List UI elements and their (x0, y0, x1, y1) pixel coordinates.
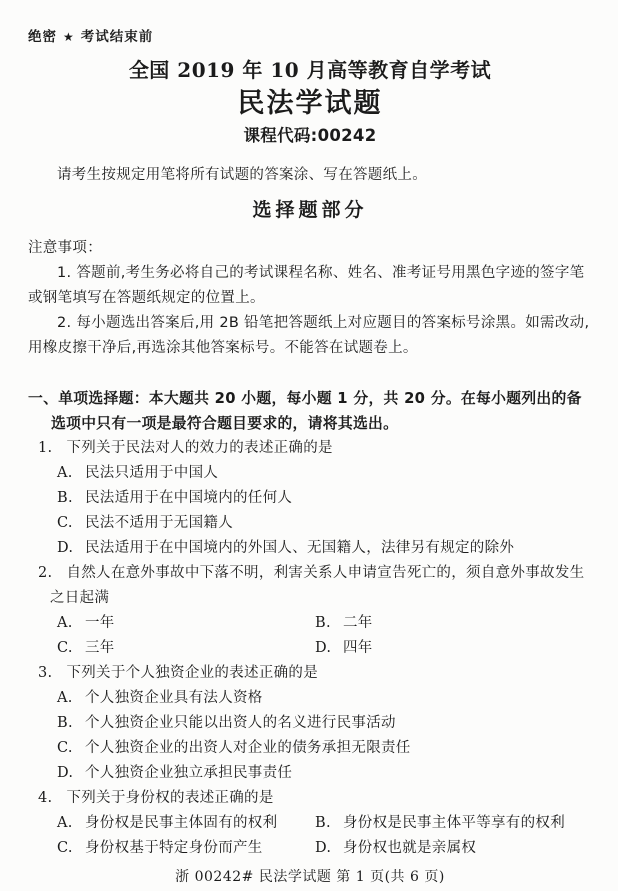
question-text: 下列关于身份权的表述正确的是 (66, 790, 273, 806)
option-row: A.身份权是民事主体固有的权利 B.身份权是民事主体平等享有的权利 (28, 811, 592, 836)
question-number: 3. (38, 665, 52, 681)
option-text: 二年 (343, 615, 373, 631)
option-text: 个人独资企业只能以出资人的名义进行民事活动 (85, 715, 396, 731)
option-text: 个人独资企业独立承担民事责任 (85, 765, 292, 781)
option-a: A.身份权是民事主体固有的权利 (57, 811, 315, 836)
classification-suffix: 考试结束前 (81, 29, 154, 45)
option-text: 民法不适用于无国籍人 (85, 515, 233, 531)
question-number: 4. (38, 790, 52, 806)
option-a: A.个人独资企业具有法人资格 (28, 686, 592, 711)
option-text: 民法适用于在中国境内的任何人 (85, 490, 292, 506)
option-label: A. (57, 686, 74, 711)
classification-label: 绝密★考试结束前 (28, 28, 592, 46)
option-label: C. (57, 736, 74, 761)
note-item-2: 2. 每小题选出答案后,用 2B 铅笔把答题纸上对应题目的答案标号涂黑。如需改动… (28, 311, 592, 361)
option-text: 三年 (85, 640, 115, 656)
option-a: A.民法只适用于中国人 (28, 461, 592, 486)
part-number: 一、 (28, 390, 58, 407)
classification-prefix: 绝密 (28, 29, 57, 45)
option-row: A.一年 B.二年 (28, 611, 592, 636)
option-label: C. (57, 836, 74, 861)
part-heading-text: 单项选择题：本大题共 20 小题，每小题 1 分，共 20 分。在每小题列出的备… (51, 390, 582, 432)
option-label: C. (57, 511, 74, 536)
option-text: 身份权是民事主体平等享有的权利 (343, 815, 565, 831)
option-label: C. (57, 636, 74, 661)
question-2: 2.自然人在意外事故中下落不明，利害关系人申请宣告死亡的，须自意外事故发生之日起… (28, 561, 592, 661)
option-d: D.身份权也就是亲属权 (315, 836, 592, 861)
option-text: 个人独资企业的出资人对企业的债务承担无限责任 (85, 740, 411, 756)
question-3: 3.下列关于个人独资企业的表述正确的是 A.个人独资企业具有法人资格 B.个人独… (28, 661, 592, 786)
option-label: D. (57, 761, 74, 786)
option-label: A. (57, 811, 74, 836)
paper-title: 民法学试题 (28, 86, 592, 122)
notes-heading: 注意事项： (28, 236, 592, 261)
question-1: 1.下列关于民法对人的效力的表述正确的是 A.民法只适用于中国人 B.民法适用于… (28, 436, 592, 561)
option-label: D. (57, 536, 74, 561)
option-row: C.身份权基于特定身份而产生 D.身份权也就是亲属权 (28, 836, 592, 861)
section-title: 选择题部分 (28, 196, 592, 224)
option-c: C.个人独资企业的出资人对企业的债务承担无限责任 (28, 736, 592, 761)
question-stem: 1.下列关于民法对人的效力的表述正确的是 (28, 436, 592, 461)
option-text: 个人独资企业具有法人资格 (85, 690, 263, 706)
option-b: B.身份权是民事主体平等享有的权利 (315, 811, 592, 836)
option-c: C.三年 (57, 636, 315, 661)
option-text: 身份权基于特定身份而产生 (85, 840, 263, 856)
option-b: B.民法适用于在中国境内的任何人 (28, 486, 592, 511)
option-b: B.个人独资企业只能以出资人的名义进行民事活动 (28, 711, 592, 736)
option-c: C.民法不适用于无国籍人 (28, 511, 592, 536)
exam-paper-page: 绝密★考试结束前 全国 2019 年 10 月高等教育自学考试 民法学试题 课程… (0, 0, 618, 891)
course-code: 课程代码:00242 (28, 124, 592, 148)
option-text: 身份权是民事主体固有的权利 (85, 815, 277, 831)
question-stem: 4.下列关于身份权的表述正确的是 (28, 786, 592, 811)
star-icon: ★ (57, 30, 81, 44)
option-label: A. (57, 461, 74, 486)
option-text: 民法适用于在中国境内的外国人、无国籍人，法律另有规定的除外 (85, 540, 514, 556)
option-c: C.身份权基于特定身份而产生 (57, 836, 315, 861)
question-stem: 3.下列关于个人独资企业的表述正确的是 (28, 661, 592, 686)
question-number: 1. (38, 440, 52, 456)
question-text: 下列关于民法对人的效力的表述正确的是 (66, 440, 332, 456)
option-label: B. (315, 611, 332, 636)
question-text: 下列关于个人独资企业的表述正确的是 (66, 665, 318, 681)
option-text: 四年 (343, 640, 373, 656)
option-text: 身份权也就是亲属权 (343, 840, 476, 856)
option-d: D.民法适用于在中国境内的外国人、无国籍人，法律另有规定的除外 (28, 536, 592, 561)
question-text: 自然人在意外事故中下落不明，利害关系人申请宣告死亡的，须自意外事故发生之日起满 (50, 565, 584, 606)
option-d: D.四年 (315, 636, 592, 661)
option-text: 一年 (85, 615, 115, 631)
option-a: A.一年 (57, 611, 315, 636)
answer-instruction: 请考生按规定用笔将所有试题的答案涂、写在答题纸上。 (28, 163, 592, 188)
option-label: B. (57, 711, 74, 736)
page-footer: 浙 00242# 民法学试题 第 1 页(共 6 页) (28, 865, 592, 890)
option-label: D. (315, 836, 332, 861)
option-label: D. (315, 636, 332, 661)
question-4: 4.下列关于身份权的表述正确的是 A.身份权是民事主体固有的权利 B.身份权是民… (28, 786, 592, 861)
option-label: B. (315, 811, 332, 836)
question-stem: 2.自然人在意外事故中下落不明，利害关系人申请宣告死亡的，须自意外事故发生之日起… (28, 561, 592, 611)
note-item-1: 1. 答题前,考生务必将自己的考试课程名称、姓名、准考证号用黑色字迹的签字笔或钢… (28, 261, 592, 311)
exam-title: 全国 2019 年 10 月高等教育自学考试 (28, 56, 592, 84)
option-b: B.二年 (315, 611, 592, 636)
option-d: D.个人独资企业独立承担民事责任 (28, 761, 592, 786)
question-number: 2. (38, 565, 52, 581)
option-row: C.三年 D.四年 (28, 636, 592, 661)
part-one-heading: 一、单项选择题：本大题共 20 小题，每小题 1 分，共 20 分。在每小题列出… (28, 386, 592, 436)
option-label: B. (57, 486, 74, 511)
option-label: A. (57, 611, 74, 636)
option-text: 民法只适用于中国人 (85, 465, 218, 481)
